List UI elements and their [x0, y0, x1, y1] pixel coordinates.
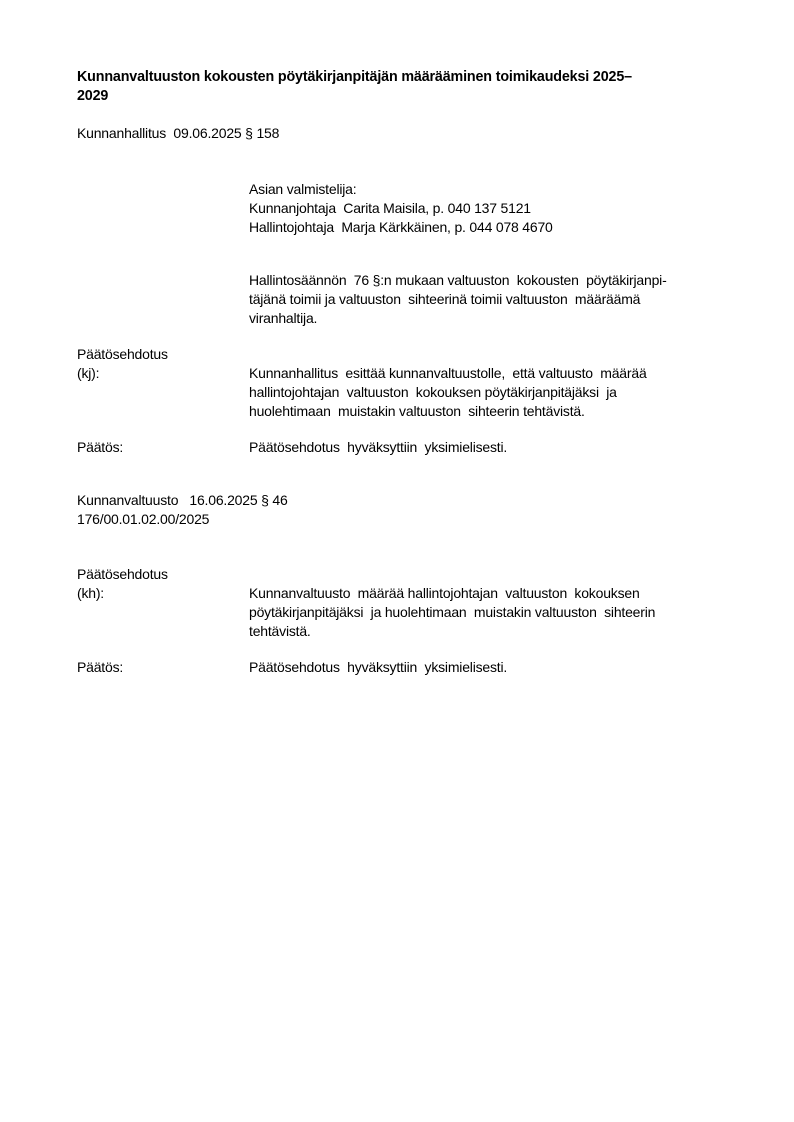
- title-line-2: 2029: [77, 87, 727, 106]
- section2-decision-text: Päätösehdotus hyväksyttiin yksimielisest…: [249, 658, 507, 677]
- section2-proposal-text: Kunnanvaltuusto määrää hallintojohtajan …: [249, 584, 729, 641]
- section2-proposal-line-3: tehtävistä.: [249, 622, 729, 641]
- section1-proposal-line-3: huolehtimaan muistakin valtuuston sihtee…: [249, 402, 729, 421]
- section2-proposal-label-1: Päätösehdotus: [77, 565, 168, 584]
- document-page: Kunnanvaltuuston kokousten pöytäkirjanpi…: [0, 0, 794, 1122]
- section1-proposal-line-1: Kunnanhallitus esittää kunnanvaltuustoll…: [249, 364, 729, 383]
- preparer-line-1: Kunnanjohtaja Carita Maisila, p. 040 137…: [249, 199, 729, 218]
- preparer-line-2: Hallintojohtaja Marja Kärkkäinen, p. 044…: [249, 218, 729, 237]
- section1-header: Kunnanhallitus 09.06.2025 § 158: [77, 124, 279, 143]
- section2-decision-label: Päätös:: [77, 658, 123, 677]
- section2-header: Kunnanvaltuusto 16.06.2025 § 46: [77, 491, 288, 510]
- preparer-block: Asian valmistelija: Kunnanjohtaja Carita…: [249, 180, 729, 237]
- section2-proposal-label-2: (kh):: [77, 584, 104, 603]
- section2-proposal-line-1: Kunnanvaltuusto määrää hallintojohtajan …: [249, 584, 729, 603]
- section2-reference: 176/00.01.02.00/2025: [77, 510, 209, 529]
- section1-proposal-label-1: Päätösehdotus: [77, 345, 168, 364]
- section1-proposal-label-2: (kj):: [77, 364, 99, 383]
- section1-proposal-line-2: hallintojohtajan valtuuston kokouksen pö…: [249, 383, 729, 402]
- section1-proposal-text: Kunnanhallitus esittää kunnanvaltuustoll…: [249, 364, 729, 421]
- document-title: Kunnanvaltuuston kokousten pöytäkirjanpi…: [77, 68, 727, 106]
- background-line-2: täjänä toimii ja valtuuston sihteerinä t…: [249, 290, 729, 309]
- background-line-1: Hallintosäännön 76 §:n mukaan valtuuston…: [249, 271, 729, 290]
- background-line-3: viranhaltija.: [249, 309, 729, 328]
- title-line-1: Kunnanvaltuuston kokousten pöytäkirjanpi…: [77, 68, 727, 87]
- section2-proposal-line-2: pöytäkirjanpitäjäksi ja huolehtimaan mui…: [249, 603, 729, 622]
- preparer-label: Asian valmistelija:: [249, 180, 729, 199]
- section1-decision-label: Päätös:: [77, 438, 123, 457]
- background-paragraph: Hallintosäännön 76 §:n mukaan valtuuston…: [249, 271, 729, 328]
- section1-decision-text: Päätösehdotus hyväksyttiin yksimielisest…: [249, 438, 507, 457]
